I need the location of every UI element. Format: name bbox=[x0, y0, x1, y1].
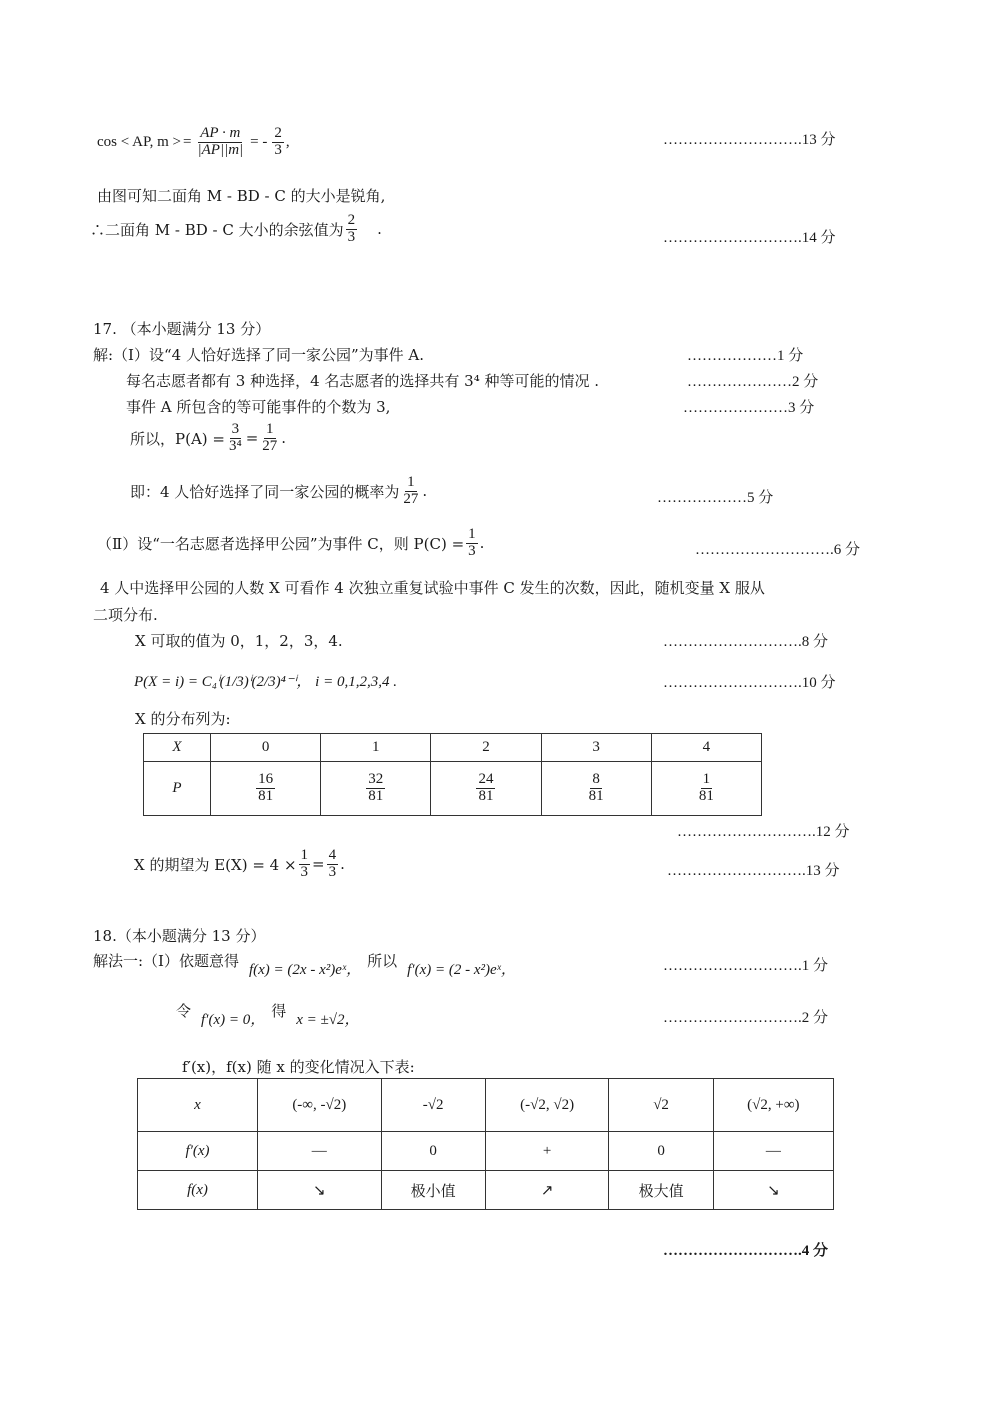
score-1: ………………1 分 bbox=[687, 344, 803, 365]
table-row: P 1681 3281 2481 881 181 bbox=[144, 762, 762, 816]
monotonicity-table: x (-∞, -√2) -√2 (-√2, √2) √2 (√2, +∞) f′… bbox=[137, 1078, 834, 1210]
q17-part1-intro: 解:（Ⅰ）设“4 人恰好选择了同一家公园”为事件 A. bbox=[93, 344, 424, 365]
cos-lhs: cos < AP, m > bbox=[97, 134, 181, 151]
q18-part1-line2: 令 f′(x) = 0， 得 x = ±√2， bbox=[176, 1000, 360, 1021]
q17-binomial-formula: P(X = i) = C₄ⁱ(1/3)ⁱ(2/3)⁴⁻ⁱ， i = 0,1,2,… bbox=[134, 670, 397, 691]
score-5: ………………5 分 bbox=[657, 486, 773, 507]
score-2: …………………2 分 bbox=[687, 370, 818, 391]
q17-event-count: 事件 A 所包含的等可能事件的个数为 3, bbox=[126, 396, 390, 417]
q17-values: X 可取的值为 0，1，2，3，4. bbox=[135, 630, 343, 651]
distribution-table: X 0 1 2 3 4 P 1681 3281 2481 881 181 bbox=[143, 733, 762, 816]
acute-angle-statement: 由图可知二面角 M - BD - C 的大小是锐角, bbox=[97, 185, 385, 206]
table-row: X 0 1 2 3 4 bbox=[144, 734, 762, 762]
q17-binomial-statement-cont: 二项分布. bbox=[93, 604, 158, 625]
cos-formula: cos < AP, m > = AP · m |AP||m| = - 2 3 , bbox=[97, 112, 290, 172]
score-10: ……………………….10 分 bbox=[663, 671, 836, 692]
score-13: ……………………….13 分 bbox=[663, 128, 836, 149]
score-4: ……………………….4 分 bbox=[663, 1239, 828, 1260]
score-1b: ……………………….1 分 bbox=[663, 954, 828, 975]
table-row: f(x) ↘ 极小值 ↗ 极大值 ↘ bbox=[138, 1171, 834, 1210]
q17-dist-label: X 的分布列为: bbox=[135, 708, 231, 729]
q18-part1-line1: 解法一:（Ⅰ）依题意得 f(x) = (2x - x²)eˣ， 所以 f′(x)… bbox=[93, 950, 516, 971]
q17-prob-conclusion: 即：4 人恰好选择了同一家公园的概率为 1 27 . bbox=[130, 475, 427, 508]
q17-choices: 每名志愿者都有 3 种选择，4 名志愿者的选择共有 3⁴ 种等可能的情况 . bbox=[126, 370, 599, 391]
score-6: ……………………….6 分 bbox=[695, 538, 860, 559]
q18-table-label: f′(x)，f(x) 随 x 的变化情况入下表: bbox=[182, 1056, 415, 1077]
q17-binomial-statement: 4 人中选择甲公园的人数 X 可看作 4 次独立重复试验中事件 C 发生的次数，… bbox=[100, 577, 765, 598]
q17-prob-a: 所以，P(A) = 3 3⁴ = 1 27 . bbox=[130, 422, 286, 455]
score-13b: ……………………….13 分 bbox=[667, 859, 840, 880]
table-row: x (-∞, -√2) -√2 (-√2, √2) √2 (√2, +∞) bbox=[138, 1079, 834, 1132]
score-2b: ……………………….2 分 bbox=[663, 1006, 828, 1027]
score-8: ……………………….8 分 bbox=[663, 630, 828, 651]
cos-fraction: AP · m |AP||m| bbox=[196, 126, 246, 159]
cosine-conclusion: ∴二面角 M - BD - C 大小的余弦值为 2 3 . bbox=[90, 213, 382, 246]
table-row: f′(x) — 0 + 0 — bbox=[138, 1132, 834, 1171]
q18-header: 18.（本小题满分 13 分） bbox=[93, 925, 265, 946]
q17-expectation: X 的期望为 E(X) = 4 × 1 3 = 4 3 . bbox=[134, 848, 345, 881]
score-14: ……………………….14 分 bbox=[663, 226, 836, 247]
score-12: ……………………….12 分 bbox=[677, 820, 850, 841]
q17-part2-intro: （Ⅱ）设“一名志愿者选择甲公园”为事件 C，则 P(C) = 1 3 . bbox=[97, 527, 484, 560]
q17-header: 17. （本小题满分 13 分） bbox=[93, 318, 270, 339]
score-3: …………………3 分 bbox=[683, 396, 814, 417]
